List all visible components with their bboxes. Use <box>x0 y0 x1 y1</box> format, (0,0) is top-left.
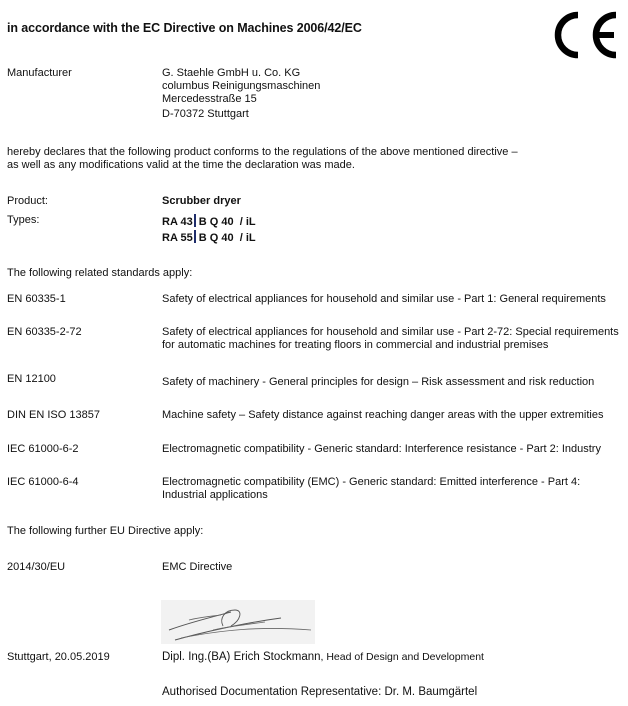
standard-code: IEC 61000-6-2 <box>7 443 79 456</box>
type-row: RA 55B Q 40 / iL <box>162 230 256 245</box>
manufacturer-label: Manufacturer <box>7 67 72 80</box>
document-heading: in accordance with the EC Directive on M… <box>7 22 362 35</box>
standard-code: IEC 61000-6-4 <box>7 476 79 489</box>
standard-description: Electromagnetic compatibility - Generic … <box>162 443 601 456</box>
ce-mark-icon <box>548 9 622 61</box>
signatory: Dipl. Ing.(BA) Erich Stockmann, Head of … <box>162 651 484 664</box>
declaration-line-2: as well as any modifications valid at th… <box>7 159 355 172</box>
product-value: Scrubber dryer <box>162 195 241 208</box>
directives-intro: The following further EU Directive apply… <box>7 525 203 538</box>
authorised-representative: Authorised Documentation Representative:… <box>162 686 477 699</box>
types-label: Types: <box>7 214 39 227</box>
manufacturer-company: G. Staehle GmbH u. Co. KG <box>162 67 300 80</box>
manufacturer-city: D-70372 Stuttgart <box>162 108 249 121</box>
type-separator <box>194 230 196 243</box>
standard-code: EN 60335-1 <box>7 293 66 306</box>
declaration-line-1: hereby declares that the following produ… <box>7 146 518 159</box>
signature-image <box>161 600 315 644</box>
type-row: RA 43B Q 40 / iL <box>162 214 256 229</box>
standard-description: Safety of electrical appliances for hous… <box>162 326 622 352</box>
type-variant: B Q 40 / iL <box>199 216 256 228</box>
standard-description: Safety of machinery - General principles… <box>162 376 594 389</box>
standard-code: EN 12100 <box>7 373 56 386</box>
standard-description: Electromagnetic compatibility (EMC) - Ge… <box>162 476 592 502</box>
type-model: RA 55 <box>162 232 193 244</box>
type-variant: B Q 40 / iL <box>199 232 256 244</box>
standard-description: Safety of electrical appliances for hous… <box>162 293 606 306</box>
type-separator <box>194 214 196 227</box>
directive-code: 2014/30/EU <box>7 561 65 574</box>
signatory-name: Dipl. Ing.(BA) Erich Stockmann <box>162 651 321 663</box>
directive-description: EMC Directive <box>162 561 232 574</box>
type-model: RA 43 <box>162 216 193 228</box>
signatory-role: , Head of Design and Development <box>321 651 484 663</box>
manufacturer-division: columbus Reinigungsmaschinen <box>162 80 320 93</box>
manufacturer-street: Mercedesstraße 15 <box>162 93 257 106</box>
place-date: Stuttgart, 20.05.2019 <box>7 651 110 664</box>
standard-description: Machine safety – Safety distance against… <box>162 409 603 422</box>
standard-code: DIN EN ISO 13857 <box>7 409 100 422</box>
product-label: Product: <box>7 195 48 208</box>
standards-intro: The following related standards apply: <box>7 267 192 280</box>
standard-code: EN 60335-2-72 <box>7 326 82 339</box>
